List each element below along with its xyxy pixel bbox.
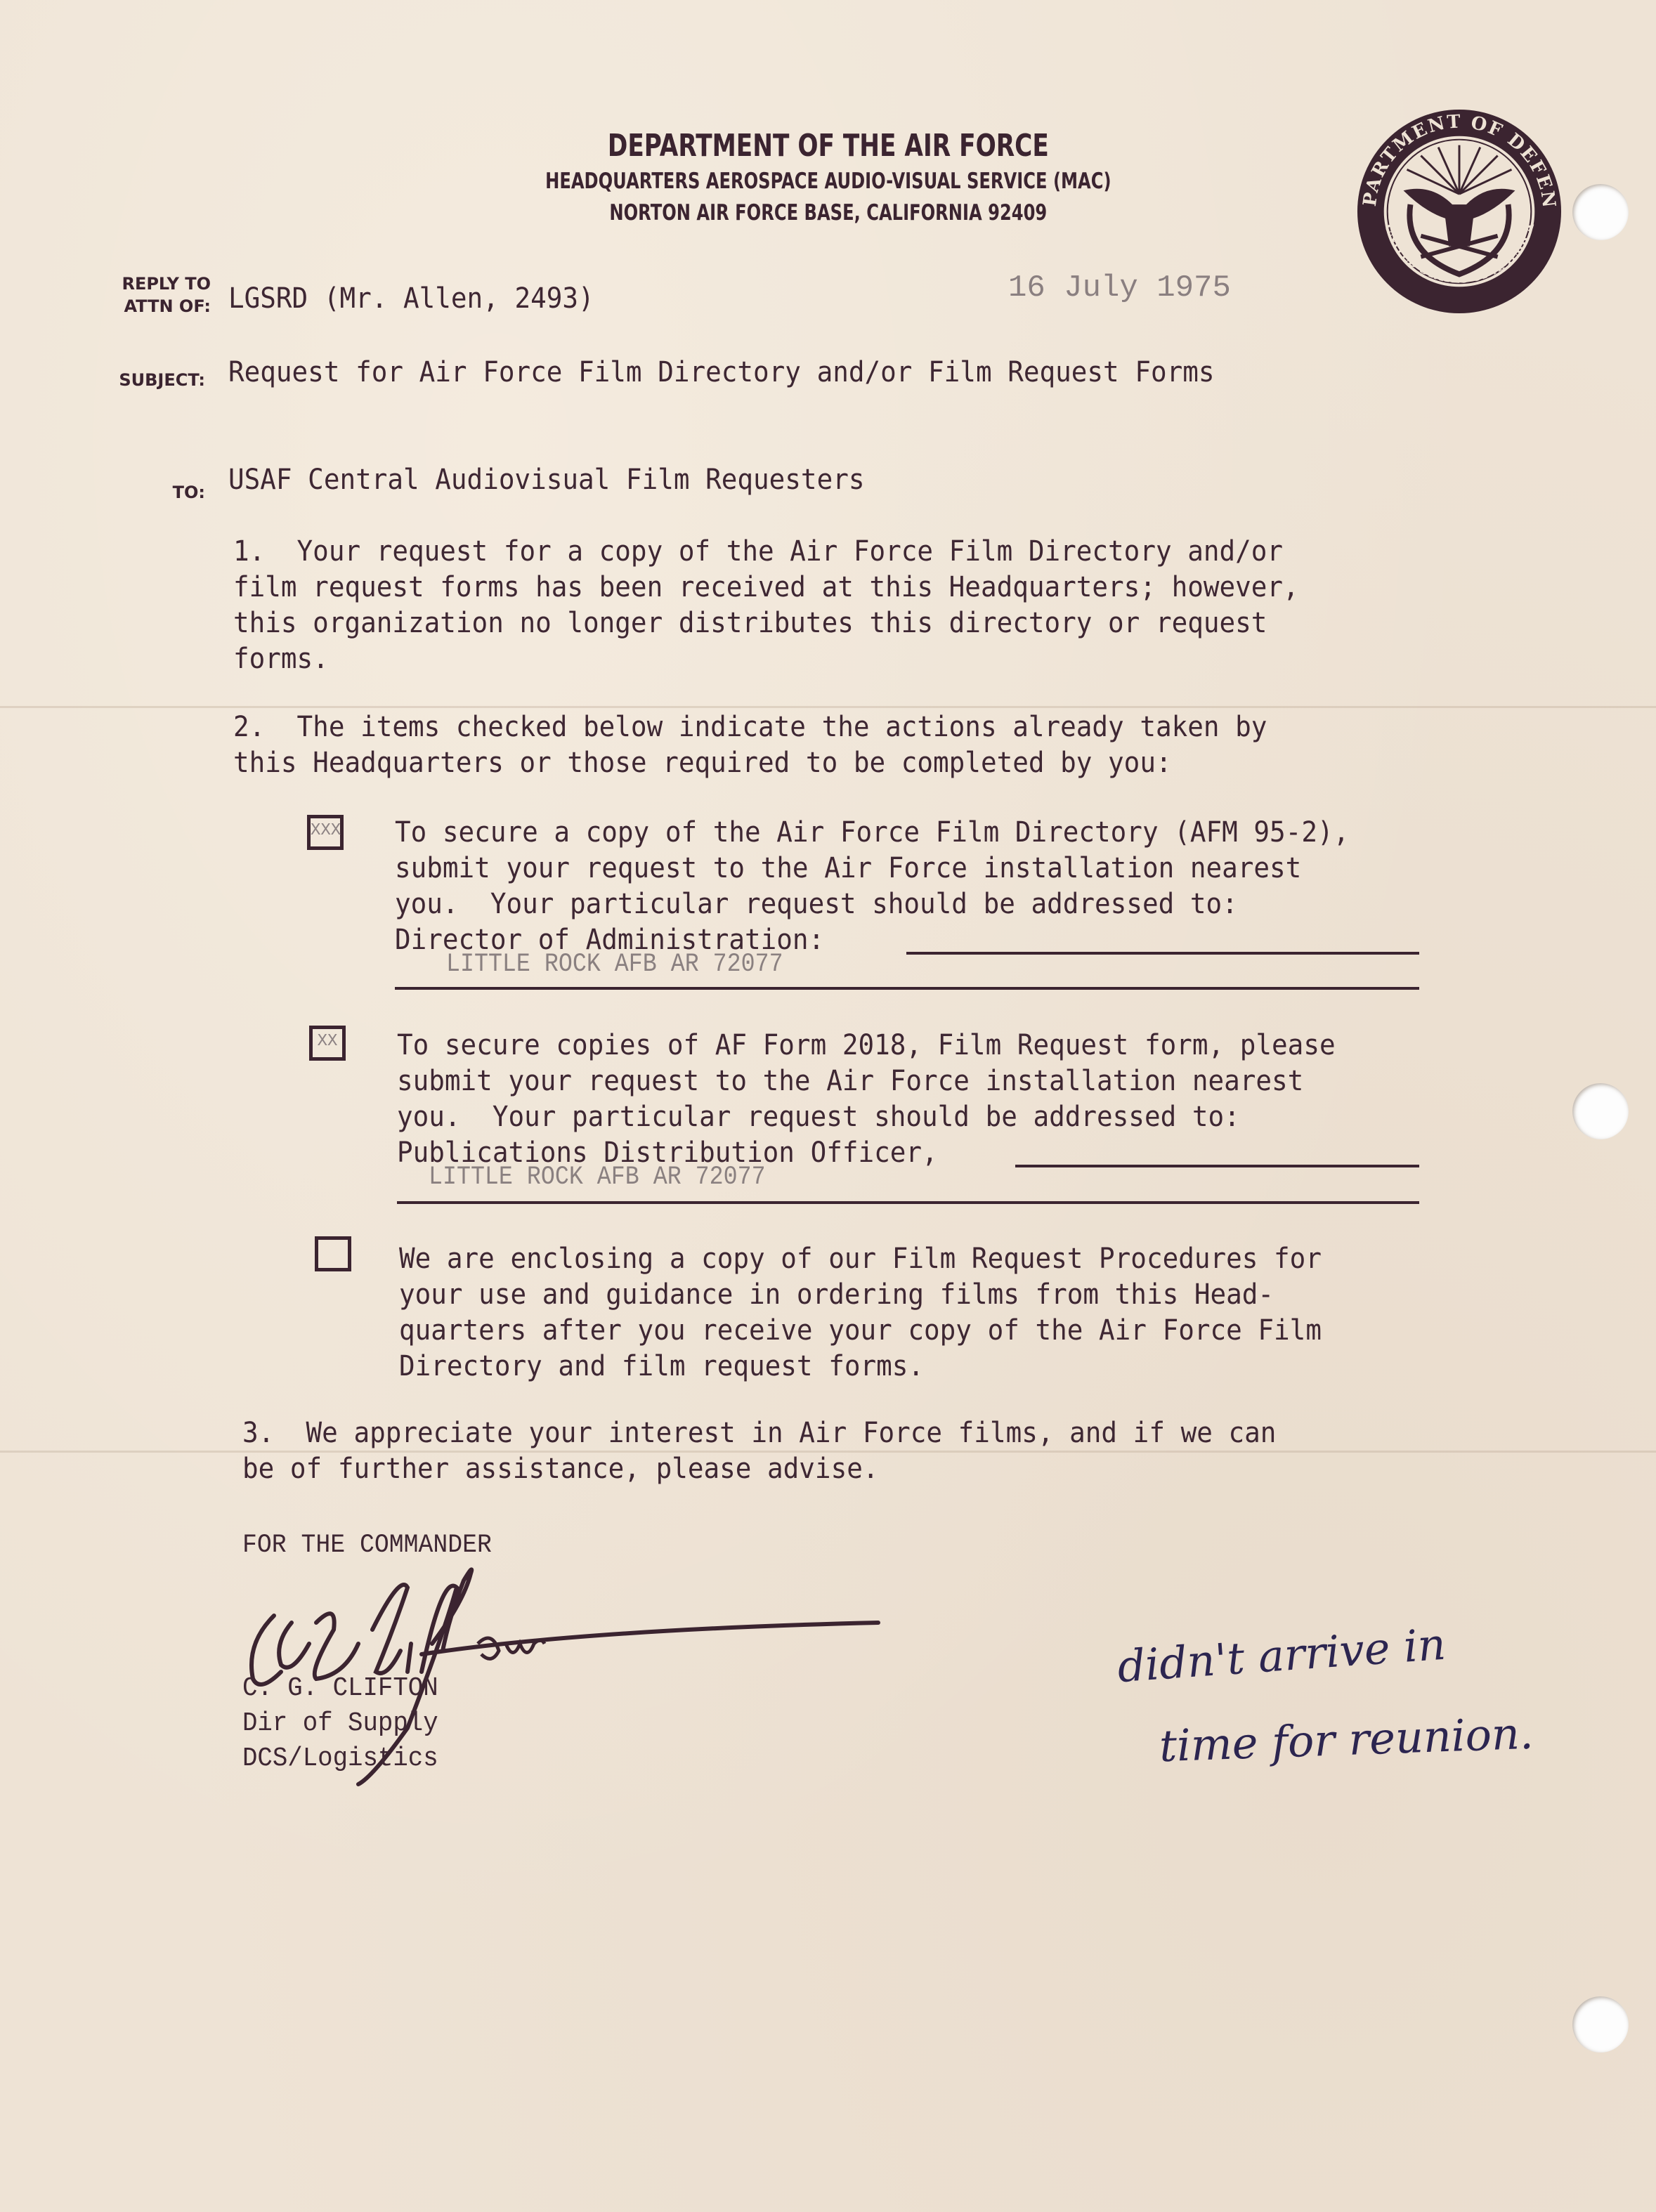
paragraph-3-line: 3. We appreciate your interest in Air Fo… <box>242 1415 1276 1451</box>
checkbox-checked[interactable]: XX <box>309 1026 346 1061</box>
checklist-item-line: your use and guidance in ordering films … <box>399 1277 1274 1313</box>
paragraph-1-line: 1. Your request for a copy of the Air Fo… <box>233 534 1283 570</box>
punch-hole <box>1572 1996 1629 2053</box>
subject-label: SUBJECT: <box>70 369 205 391</box>
for-the-commander: FOR THE COMMANDER <box>242 1528 492 1564</box>
checklist-item-line: quarters after you receive your copy of … <box>399 1313 1322 1349</box>
signer-department: DCS/Logistics <box>242 1741 438 1776</box>
checklist-item-line: To secure copies of AF Form 2018, Film R… <box>397 1028 1336 1064</box>
checkbox-unchecked[interactable] <box>315 1236 351 1271</box>
address-stamp: LITTLE ROCK AFB AR 72077 <box>429 1163 766 1192</box>
paragraph-3-line: be of further assistance, please advise. <box>242 1451 878 1487</box>
fill-in-line <box>397 1201 1419 1204</box>
checkbox-checked[interactable]: XXX <box>307 815 344 850</box>
signer-name: C. G. CLIFTON <box>242 1670 438 1706</box>
checklist-item-line: you. Your particular request should be a… <box>397 1099 1240 1135</box>
subject-value: Request for Air Force Film Directory and… <box>228 355 1215 391</box>
reply-to-label-line2: ATTN OF: <box>70 295 211 318</box>
to-label: TO: <box>126 481 205 504</box>
department-of-defense-seal-icon: DEPARTMENT OF DEFENSE UNITED STATES OF A… <box>1355 107 1564 316</box>
paragraph-2-line: 2. The items checked below indicate the … <box>233 709 1267 745</box>
letterhead-address: NORTON AIR FORCE BASE, CALIFORNIA 92409 <box>183 200 1474 225</box>
punch-hole <box>1572 1083 1629 1139</box>
fold-crease <box>0 706 1656 708</box>
fill-in-line <box>395 987 1419 990</box>
checklist-item-line: Directory and film request forms. <box>399 1349 924 1385</box>
paragraph-1-line: this organization no longer distributes … <box>233 606 1267 641</box>
checklist-item-line: submit your request to the Air Force ins… <box>397 1064 1303 1099</box>
paragraph-1-line: film request forms has been received at … <box>233 570 1299 606</box>
letterhead-subtitle: HEADQUARTERS AEROSPACE AUDIO-VISUAL SERV… <box>183 169 1474 194</box>
to-value: USAF Central Audiovisual Film Requesters <box>228 462 864 498</box>
fill-in-line <box>1015 1165 1419 1167</box>
punch-hole <box>1572 184 1629 240</box>
checklist-item-line: submit your request to the Air Force ins… <box>395 851 1301 886</box>
paragraph-1-line: forms. <box>233 641 329 677</box>
fill-in-line <box>906 952 1419 955</box>
paragraph-2-line: this Headquarters or those required to b… <box>233 745 1172 781</box>
address-stamp: LITTLE ROCK AFB AR 72077 <box>446 950 783 979</box>
signer-title: Dir of Supply <box>242 1706 438 1741</box>
checklist-item-line: To secure a copy of the Air Force Film D… <box>395 815 1349 851</box>
checklist-item-line: We are enclosing a copy of our Film Requ… <box>399 1241 1322 1277</box>
reply-to-label-line1: REPLY TO <box>70 273 211 295</box>
reply-to-value: LGSRD (Mr. Allen, 2493) <box>228 281 594 317</box>
letterhead-title: DEPARTMENT OF THE AIR FORCE <box>183 128 1474 164</box>
reply-to-label: REPLY TO ATTN OF: <box>70 273 211 318</box>
letter-date: 16 July 1975 <box>1008 270 1231 306</box>
checklist-item-line: you. Your particular request should be a… <box>395 886 1238 922</box>
